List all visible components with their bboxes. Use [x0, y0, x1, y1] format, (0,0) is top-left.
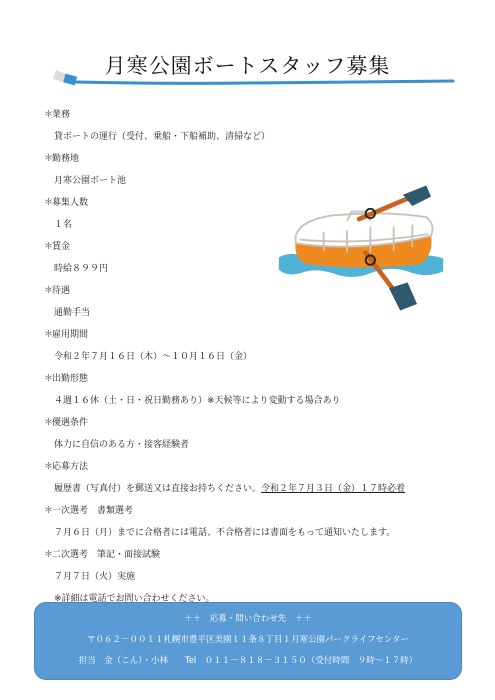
section-heading: ＊勤務地 — [44, 148, 464, 170]
section-first-screening: ＊一次選考 書類選考 ７月６日（月）までに合格者には電話、不合格者には書面をもっ… — [44, 500, 464, 544]
deadline-text: 令和２年７月３日（金）１７時必着 — [261, 484, 405, 494]
contact-address: 〒０６２－００１１札幌市豊平区美園１１条８丁目１月寒公園パークライフセンター — [35, 630, 461, 651]
section-body: ７月６日（月）までに合格者には電話、不合格者には書面をもって通知いたします。 — [44, 522, 464, 544]
section-application: ＊応募方法 履歴書（写真付）を郵送又は直接お持ちください。令和２年７月３日（金）… — [44, 456, 464, 500]
section-body: 貸ボートの運行（受付、乗船・下船補助、清掃など） — [44, 126, 464, 148]
section-duties: ＊業務 貸ボートの運行（受付、乗船・下船補助、清掃など） — [44, 104, 464, 148]
section-second-screening: ＊二次選考 筆記・面接試験 ７月７日（火）実施 — [44, 544, 464, 588]
section-heading: ＊一次選考 書類選考 — [44, 500, 464, 522]
section-body: 体力に自信のある方・接客経験者 — [44, 434, 464, 456]
section-heading: ＊優遇条件 — [44, 412, 464, 434]
section-body: ７月７日（火）実施 — [44, 566, 464, 588]
section-heading: ＊二次選考 筆記・面接試験 — [44, 544, 464, 566]
contact-person-phone: 担当 金（こん）・小林 Tel ０１１－８１８－３１５０（受付時間 ９時～１７時… — [35, 651, 461, 672]
paint-tube-underline-icon — [48, 70, 458, 90]
section-heading: ＊雇用期間 — [44, 324, 464, 346]
section-heading: ＊応募方法 — [44, 456, 464, 478]
section-body: 履歴書（写真付）を郵送又は直接お持ちください。令和２年７月３日（金）１７時必着 — [44, 478, 464, 500]
section-schedule: ＊出勤形態 ４週１６休（土・日・祝日勤務あり）※天候等により変動する場合あり — [44, 368, 464, 412]
rowboat-illustration-icon — [272, 178, 450, 318]
section-heading: ＊出勤形態 — [44, 368, 464, 390]
section-heading: ＊業務 — [44, 104, 464, 126]
section-body: ４週１６休（土・日・祝日勤務あり）※天候等により変動する場合あり — [44, 390, 464, 412]
section-preferred: ＊優遇条件 体力に自信のある方・接客経験者 — [44, 412, 464, 456]
contact-box: ＋＋ 応募・問い合わせ先 ＋＋ 〒０６２－００１１札幌市豊平区美園１１条８丁目１… — [34, 602, 462, 680]
section-period: ＊雇用期間 令和２年７月１６日（木）～１０月１６日（金） — [44, 324, 464, 368]
contact-title: ＋＋ 応募・問い合わせ先 ＋＋ — [35, 609, 461, 630]
section-body: 令和２年７月１６日（木）～１０月１６日（金） — [44, 346, 464, 368]
